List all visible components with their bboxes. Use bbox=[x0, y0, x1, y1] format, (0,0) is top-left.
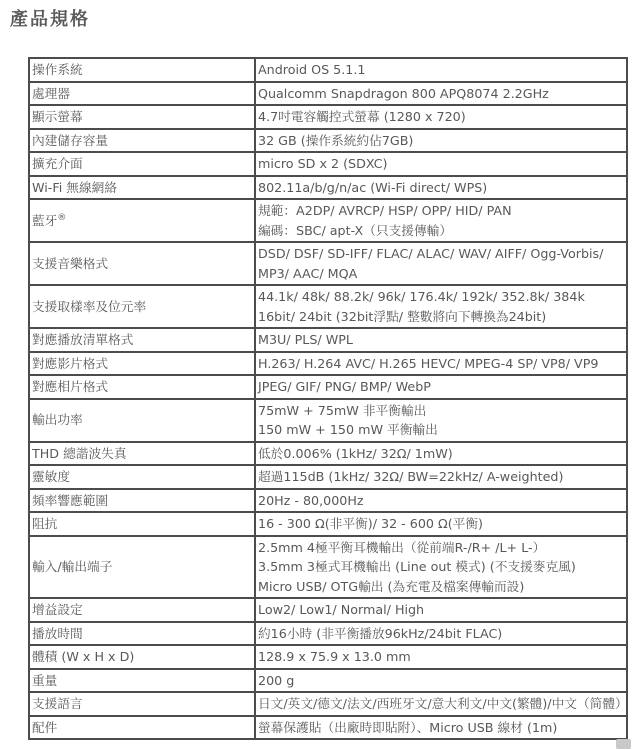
spec-value-cell: 螢幕保護貼（出廠時即貼附）、Micro USB 線材 (1m) bbox=[255, 716, 627, 740]
spec-value-line: H.263/ H.264 AVC/ H.265 HEVC/ MPEG-4 SP/… bbox=[258, 354, 624, 374]
spec-label: 播放時間 bbox=[32, 624, 252, 644]
spec-label-cell: 支援取樣率及位元率 bbox=[29, 285, 255, 328]
spec-value-cell: 75mW + 75mW 非平衡輸出150 mW + 150 mW 平衡輸出 bbox=[255, 399, 627, 442]
spec-value-line: micro SD x 2 (SDXC) bbox=[258, 154, 624, 174]
spec-row: 配件螢幕保護貼（出廠時即貼附）、Micro USB 線材 (1m) bbox=[29, 716, 627, 740]
spec-row: 支援語言日文/英文/德文/法文/西班牙文/意大利文/中文(繁體)/中文（简體） bbox=[29, 692, 627, 716]
spec-label: 增益設定 bbox=[32, 600, 252, 620]
spec-value-line: 規範：A2DP/ AVRCP/ HSP/ OPP/ HID/ PAN bbox=[258, 201, 624, 221]
spec-label-cell: 輸出功率 bbox=[29, 399, 255, 442]
spec-row: 頻率響應範圍20Hz - 80,000Hz bbox=[29, 489, 627, 513]
spec-value-line: 4.7吋電容觸控式螢幕 (1280 x 720) bbox=[258, 107, 624, 127]
spec-value-line: 16 - 300 Ω(非平衡)/ 32 - 600 Ω(平衡) bbox=[258, 514, 624, 534]
spec-label-cell: 輸入/輸出端子 bbox=[29, 536, 255, 599]
spec-row: THD 總諧波失真低於0.006% (1kHz/ 32Ω/ 1mW) bbox=[29, 442, 627, 466]
spec-value-line: DSD/ DSF/ SD-IFF/ FLAC/ ALAC/ WAV/ AIFF/… bbox=[258, 244, 624, 264]
spec-value-cell: DSD/ DSF/ SD-IFF/ FLAC/ ALAC/ WAV/ AIFF/… bbox=[255, 242, 627, 285]
spec-label-cell: 播放時間 bbox=[29, 622, 255, 646]
spec-value-line: 超過115dB (1kHz/ 32Ω/ BW=22kHz/ A-weighted… bbox=[258, 467, 624, 487]
spec-label-cell: 操作系統 bbox=[29, 58, 255, 82]
spec-label: 處理器 bbox=[32, 84, 252, 104]
spec-value-cell: 44.1k/ 48k/ 88.2k/ 96k/ 176.4k/ 192k/ 35… bbox=[255, 285, 627, 328]
spec-table: 操作系統Android OS 5.1.1處理器Qualcomm Snapdrag… bbox=[28, 57, 628, 740]
spec-label-cell: 內建儲存容量 bbox=[29, 129, 255, 153]
spec-value-line: 150 mW + 150 mW 平衡輸出 bbox=[258, 420, 624, 440]
spec-value-line: 16bit/ 24bit (32bit浮點/ 整數將向下轉換為24bit) bbox=[258, 307, 624, 327]
spec-value-cell: 128.9 x 75.9 x 13.0 mm bbox=[255, 645, 627, 669]
spec-label: 輸入/輸出端子 bbox=[32, 557, 252, 577]
spec-value-line: 螢幕保護貼（出廠時即貼附）、Micro USB 線材 (1m) bbox=[258, 718, 624, 738]
spec-label: 顯示螢幕 bbox=[32, 107, 252, 127]
spec-label: 頻率響應範圍 bbox=[32, 491, 252, 511]
spec-value-line: 2.5mm 4極平衡耳機輸出（從前端R-/R+ /L+ L-） bbox=[258, 538, 624, 558]
spec-label-cell: 顯示螢幕 bbox=[29, 105, 255, 129]
scrollbar-thumb[interactable] bbox=[616, 739, 631, 749]
spec-label: 靈敏度 bbox=[32, 467, 252, 487]
spec-row: Wi-Fi 無線網絡802.11a/b/g/n/ac (Wi-Fi direct… bbox=[29, 176, 627, 200]
spec-label: 擴充介面 bbox=[32, 154, 252, 174]
spec-label: 重量 bbox=[32, 671, 252, 691]
spec-row: 靈敏度超過115dB (1kHz/ 32Ω/ BW=22kHz/ A-weigh… bbox=[29, 465, 627, 489]
spec-label-cell: 支援語言 bbox=[29, 692, 255, 716]
spec-value-line: 編碼：SBC/ apt-X（只支援傳輸） bbox=[258, 221, 624, 241]
spec-value-cell: 規範：A2DP/ AVRCP/ HSP/ OPP/ HID/ PAN編碼：SBC… bbox=[255, 199, 627, 242]
spec-value-line: 128.9 x 75.9 x 13.0 mm bbox=[258, 647, 624, 667]
spec-label-cell: 增益設定 bbox=[29, 598, 255, 622]
spec-value-cell: micro SD x 2 (SDXC) bbox=[255, 152, 627, 176]
spec-value-cell: 超過115dB (1kHz/ 32Ω/ BW=22kHz/ A-weighted… bbox=[255, 465, 627, 489]
spec-value-cell: 低於0.006% (1kHz/ 32Ω/ 1mW) bbox=[255, 442, 627, 466]
spec-value-cell: 約16小時 (非平衡播放96kHz/24bit FLAC) bbox=[255, 622, 627, 646]
spec-label-cell: 阻抗 bbox=[29, 512, 255, 536]
spec-row: 輸出功率75mW + 75mW 非平衡輸出150 mW + 150 mW 平衡輸… bbox=[29, 399, 627, 442]
spec-row: 阻抗16 - 300 Ω(非平衡)/ 32 - 600 Ω(平衡) bbox=[29, 512, 627, 536]
spec-label-cell: 擴充介面 bbox=[29, 152, 255, 176]
spec-value-line: 32 GB (操作系統約佔7GB) bbox=[258, 131, 624, 151]
spec-value-line: 20Hz - 80,000Hz bbox=[258, 491, 624, 511]
spec-value-cell: 20Hz - 80,000Hz bbox=[255, 489, 627, 513]
spec-value-line: 200 g bbox=[258, 671, 624, 691]
spec-value-cell: 802.11a/b/g/n/ac (Wi-Fi direct/ WPS) bbox=[255, 176, 627, 200]
spec-value-cell: JPEG/ GIF/ PNG/ BMP/ WebP bbox=[255, 375, 627, 399]
spec-row: 顯示螢幕4.7吋電容觸控式螢幕 (1280 x 720) bbox=[29, 105, 627, 129]
spec-value-line: 約16小時 (非平衡播放96kHz/24bit FLAC) bbox=[258, 624, 624, 644]
spec-label-cell: Wi-Fi 無線網絡 bbox=[29, 176, 255, 200]
spec-row: 播放時間約16小時 (非平衡播放96kHz/24bit FLAC) bbox=[29, 622, 627, 646]
spec-value-cell: M3U/ PLS/ WPL bbox=[255, 328, 627, 352]
spec-row: 對應影片格式H.263/ H.264 AVC/ H.265 HEVC/ MPEG… bbox=[29, 352, 627, 376]
page-title: 產品規格 bbox=[10, 5, 90, 31]
spec-label: 操作系統 bbox=[32, 60, 252, 80]
spec-label: THD 總諧波失真 bbox=[32, 444, 252, 464]
spec-value-line: Android OS 5.1.1 bbox=[258, 60, 624, 80]
spec-label-cell: 配件 bbox=[29, 716, 255, 740]
spec-label-cell: 對應影片格式 bbox=[29, 352, 255, 376]
spec-label: 藍牙® bbox=[32, 211, 252, 231]
spec-label: 阻抗 bbox=[32, 514, 252, 534]
spec-value-line: 日文/英文/德文/法文/西班牙文/意大利文/中文(繁體)/中文（简體） bbox=[258, 694, 624, 714]
spec-label: 配件 bbox=[32, 718, 252, 738]
spec-label: 體積 (W x H x D) bbox=[32, 647, 252, 667]
spec-row: 擴充介面micro SD x 2 (SDXC) bbox=[29, 152, 627, 176]
spec-row: 對應相片格式JPEG/ GIF/ PNG/ BMP/ WebP bbox=[29, 375, 627, 399]
spec-value-line: 44.1k/ 48k/ 88.2k/ 96k/ 176.4k/ 192k/ 35… bbox=[258, 287, 624, 307]
spec-value-cell: 16 - 300 Ω(非平衡)/ 32 - 600 Ω(平衡) bbox=[255, 512, 627, 536]
spec-value-line: Micro USB/ OTG輸出 (為充電及檔案傳輸而設) bbox=[258, 577, 624, 597]
spec-value-cell: Qualcomm Snapdragon 800 APQ8074 2.2GHz bbox=[255, 82, 627, 106]
spec-row: 支援音樂格式DSD/ DSF/ SD-IFF/ FLAC/ ALAC/ WAV/… bbox=[29, 242, 627, 285]
spec-page: 產品規格 操作系統Android OS 5.1.1處理器Qualcomm Sna… bbox=[0, 0, 634, 750]
spec-label-cell: 支援音樂格式 bbox=[29, 242, 255, 285]
spec-label: 輸出功率 bbox=[32, 410, 252, 430]
spec-value-cell: 2.5mm 4極平衡耳機輸出（從前端R-/R+ /L+ L-）3.5mm 3極式… bbox=[255, 536, 627, 599]
spec-value-line: 802.11a/b/g/n/ac (Wi-Fi direct/ WPS) bbox=[258, 178, 624, 198]
spec-value-cell: 日文/英文/德文/法文/西班牙文/意大利文/中文(繁體)/中文（简體） bbox=[255, 692, 627, 716]
spec-row: 重量200 g bbox=[29, 669, 627, 693]
spec-value-cell: H.263/ H.264 AVC/ H.265 HEVC/ MPEG-4 SP/… bbox=[255, 352, 627, 376]
spec-label-cell: 對應播放清單格式 bbox=[29, 328, 255, 352]
spec-value-line: MP3/ AAC/ MQA bbox=[258, 264, 624, 284]
spec-value-line: 低於0.006% (1kHz/ 32Ω/ 1mW) bbox=[258, 444, 624, 464]
spec-label-cell: 靈敏度 bbox=[29, 465, 255, 489]
registered-trademark-symbol: ® bbox=[57, 213, 66, 223]
spec-label: 支援音樂格式 bbox=[32, 254, 252, 274]
spec-label: 對應相片格式 bbox=[32, 377, 252, 397]
spec-row: 藍牙®規範：A2DP/ AVRCP/ HSP/ OPP/ HID/ PAN編碼：… bbox=[29, 199, 627, 242]
spec-label: 對應播放清單格式 bbox=[32, 330, 252, 350]
spec-value-line: Qualcomm Snapdragon 800 APQ8074 2.2GHz bbox=[258, 84, 624, 104]
spec-label-cell: THD 總諧波失真 bbox=[29, 442, 255, 466]
spec-label: 內建儲存容量 bbox=[32, 131, 252, 151]
spec-value-line: 75mW + 75mW 非平衡輸出 bbox=[258, 401, 624, 421]
spec-row: 支援取樣率及位元率44.1k/ 48k/ 88.2k/ 96k/ 176.4k/… bbox=[29, 285, 627, 328]
spec-label-cell: 處理器 bbox=[29, 82, 255, 106]
spec-row: 操作系統Android OS 5.1.1 bbox=[29, 58, 627, 82]
spec-label: Wi-Fi 無線網絡 bbox=[32, 178, 252, 198]
spec-label-cell: 藍牙® bbox=[29, 199, 255, 242]
spec-label-cell: 對應相片格式 bbox=[29, 375, 255, 399]
spec-label-cell: 頻率響應範圍 bbox=[29, 489, 255, 513]
spec-row: 對應播放清單格式M3U/ PLS/ WPL bbox=[29, 328, 627, 352]
spec-value-cell: Android OS 5.1.1 bbox=[255, 58, 627, 82]
spec-value-cell: Low2/ Low1/ Normal/ High bbox=[255, 598, 627, 622]
spec-value-line: Low2/ Low1/ Normal/ High bbox=[258, 600, 624, 620]
spec-row: 內建儲存容量32 GB (操作系統約佔7GB) bbox=[29, 129, 627, 153]
spec-row: 處理器Qualcomm Snapdragon 800 APQ8074 2.2GH… bbox=[29, 82, 627, 106]
spec-value-cell: 4.7吋電容觸控式螢幕 (1280 x 720) bbox=[255, 105, 627, 129]
spec-row: 輸入/輸出端子2.5mm 4極平衡耳機輸出（從前端R-/R+ /L+ L-）3.… bbox=[29, 536, 627, 599]
spec-label-cell: 重量 bbox=[29, 669, 255, 693]
spec-row: 增益設定Low2/ Low1/ Normal/ High bbox=[29, 598, 627, 622]
spec-value-cell: 32 GB (操作系統約佔7GB) bbox=[255, 129, 627, 153]
spec-label-cell: 體積 (W x H x D) bbox=[29, 645, 255, 669]
spec-label: 對應影片格式 bbox=[32, 354, 252, 374]
spec-value-cell: 200 g bbox=[255, 669, 627, 693]
spec-value-line: JPEG/ GIF/ PNG/ BMP/ WebP bbox=[258, 377, 624, 397]
spec-label: 支援語言 bbox=[32, 694, 252, 714]
spec-row: 體積 (W x H x D)128.9 x 75.9 x 13.0 mm bbox=[29, 645, 627, 669]
spec-label: 支援取樣率及位元率 bbox=[32, 297, 252, 317]
spec-value-line: M3U/ PLS/ WPL bbox=[258, 330, 624, 350]
spec-value-line: 3.5mm 3極式耳機輸出 (Line out 模式) (不支援麥克風) bbox=[258, 557, 624, 577]
